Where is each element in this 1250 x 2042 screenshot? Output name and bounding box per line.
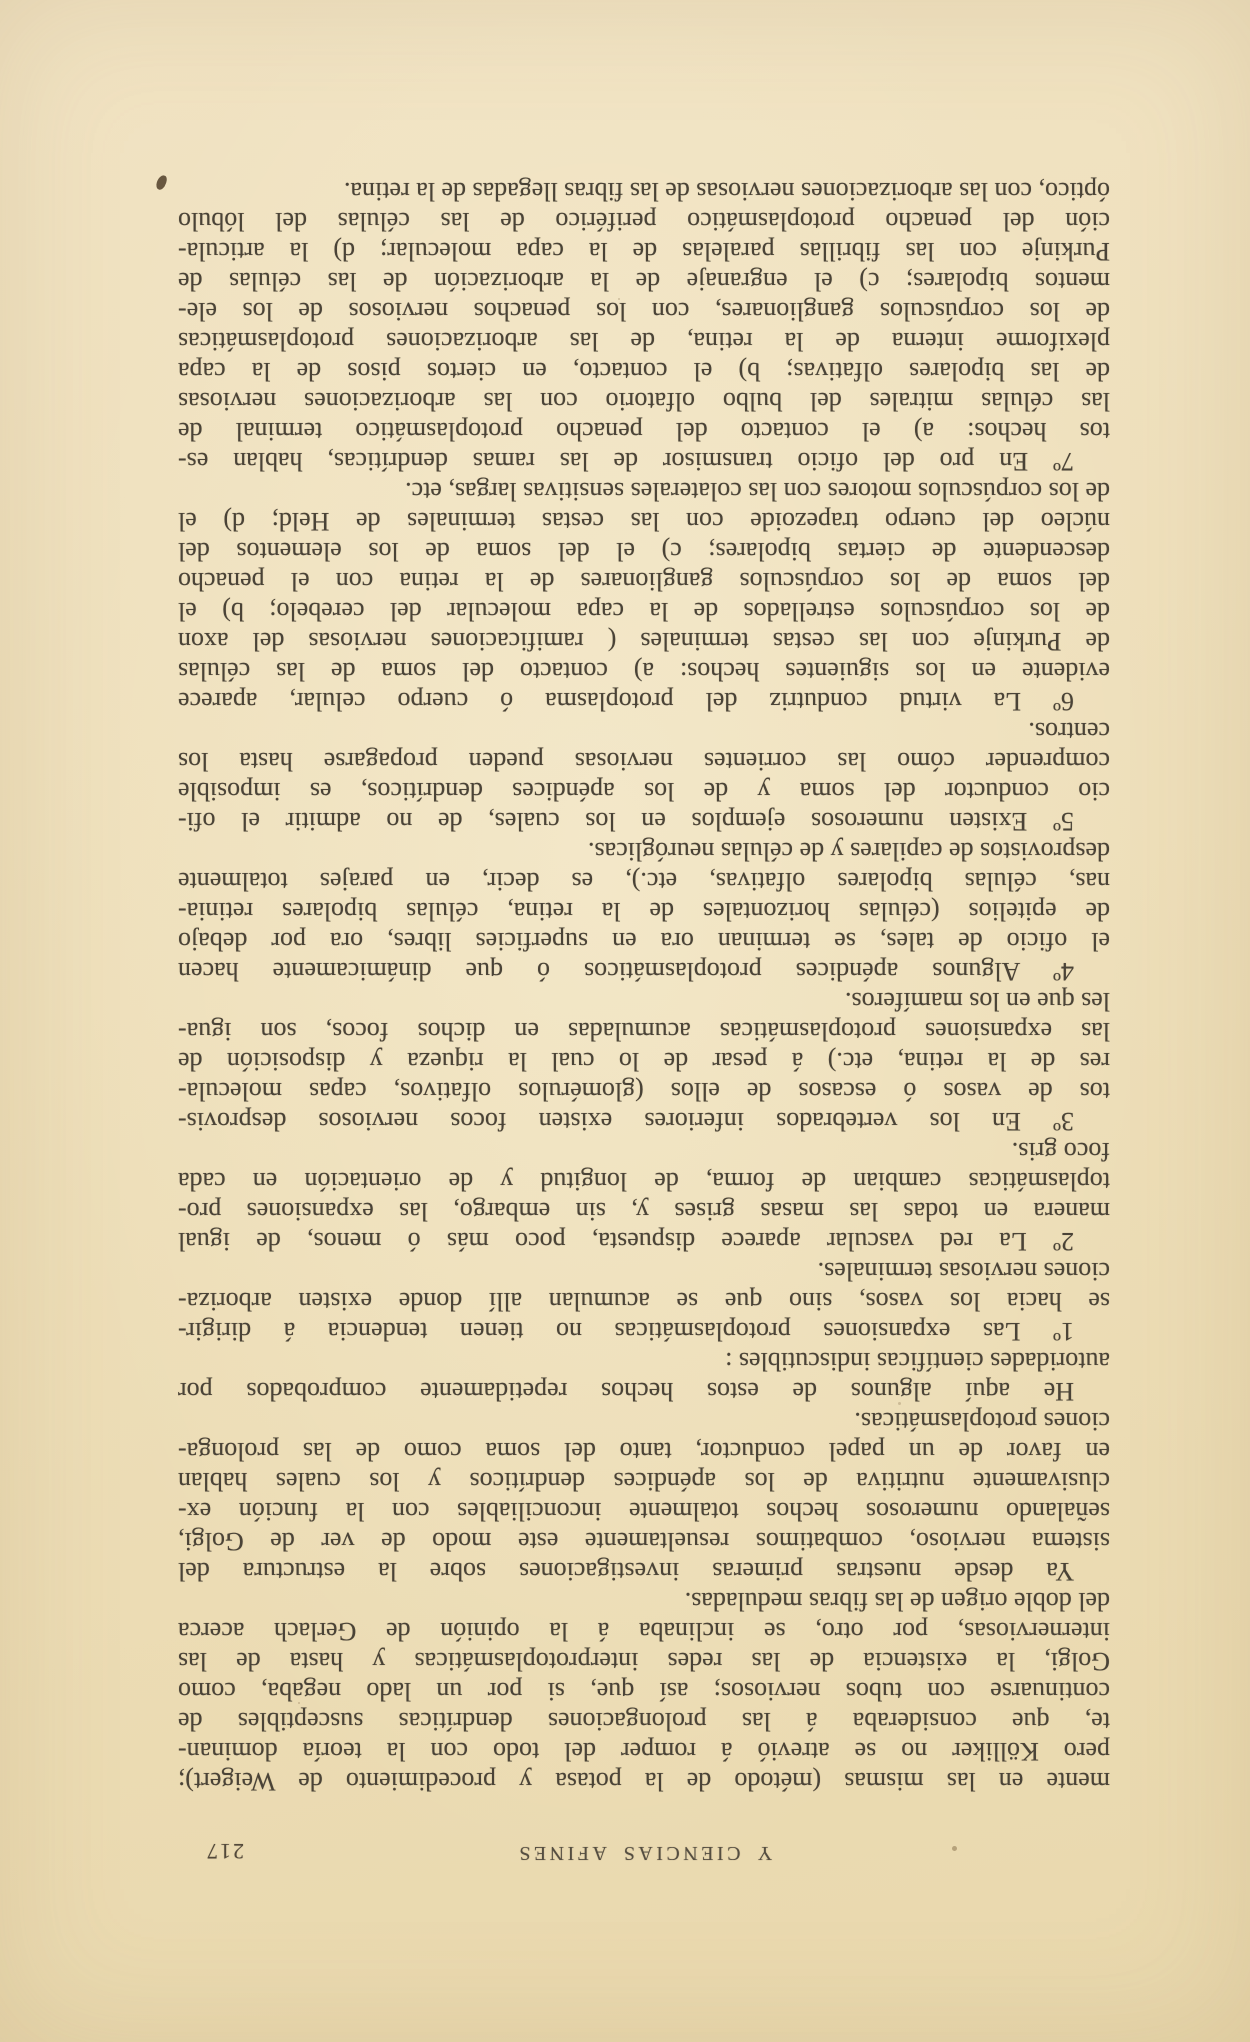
paper-speck [1052, 902, 1055, 905]
paragraph: 7º En pro del oficio transmisor de las r… [178, 176, 1110, 476]
text-line: sistema nervioso, combatimos resueltamen… [178, 1526, 1110, 1556]
text-line: centros. [178, 716, 1110, 746]
text-line: les que en los mamíferos. [178, 986, 1110, 1016]
text-line: Purkinje con las fibrillas paralelas de … [178, 236, 1110, 266]
text-line: de Purkinje con las cestas terminales ( … [178, 626, 1110, 656]
text-line: foco gris. [178, 1136, 1110, 1166]
paragraph: 4º Algunos apéndices protoplasmáticos ó … [178, 836, 1110, 986]
text-line: de los corpúsculos motores con las colat… [178, 476, 1110, 506]
text-line: en favor de un papel conductor, tanto de… [178, 1436, 1110, 1466]
text-line: plexiforme interna de la retina, de las … [178, 326, 1110, 356]
text-line: internerviosas, por otro, se inclinaba á… [178, 1616, 1110, 1646]
paragraph: 6º La virtud condutriz del protoplasma ó… [178, 476, 1110, 716]
text-line: ciones nerviosas terminales. [178, 1256, 1110, 1286]
text-line: manera en todas las masas grises y, sin … [178, 1196, 1110, 1226]
text-line: ción del penacho protoplasmático perifér… [178, 206, 1110, 236]
text-line: de las bipolares olfativas; b) el contac… [178, 356, 1110, 386]
paper-speck [298, 1702, 300, 1704]
text-line: cio conductor del soma y de los apéndice… [178, 776, 1110, 806]
paper-speck [188, 1208, 191, 1211]
text-line: comprender cómo las corrientes nerviosas… [178, 746, 1110, 776]
text-line: mentos bipolares; c) el engranaje de la … [178, 266, 1110, 296]
text-line: de los corpúsculos estrellados de la cap… [178, 596, 1110, 626]
text-line: del soma de los corpúsculos ganglionares… [178, 566, 1110, 596]
paper-speck [402, 612, 405, 615]
text-line: 2º La red vascular aparece dispuesta, po… [178, 1226, 1110, 1256]
text-line: mente en las mismas (método de la potasa… [178, 1766, 1110, 1796]
text-line: óptico, con las arborizaciones nerviosas… [178, 176, 1110, 206]
text-line: descendente de ciertas bipolares; c) el … [178, 536, 1110, 566]
text-line: autoridades científicas indiscutibles : [178, 1346, 1110, 1376]
paper-speck [898, 1402, 901, 1405]
text-line: tos de vasos ó escasos de ellos (gloméru… [178, 1076, 1110, 1106]
text-line: te, que consideraba á las prolongaciones… [178, 1706, 1110, 1736]
text-line: evidente en los siguientes hechos: a) co… [178, 656, 1110, 686]
paragraph: 1º Las expansiones protoplasmáticas no t… [178, 1256, 1110, 1346]
text-line: del doble origen de las fibras meduladas… [178, 1586, 1110, 1616]
text-line: Golgi, la existencia de las redes interp… [178, 1646, 1110, 1676]
running-title: Y CIENCIAS AFINES [178, 1841, 1110, 1864]
text-line: se hacia los vasos, sino que se acumulan… [178, 1286, 1110, 1316]
page-number: 217 [205, 1838, 244, 1864]
text-line: 1º Las expansiones protoplasmáticas no t… [178, 1316, 1110, 1346]
text-line: ciones protoplasmáticas. [178, 1406, 1110, 1436]
text-line: desprovistos de capilares y de células n… [178, 836, 1110, 866]
paragraph: 3º En los vertebrados inferiores existen… [178, 986, 1110, 1136]
text-line: nas, células bipolares olfativas, etc.),… [178, 866, 1110, 896]
paragraph: Ya desde nuestras primeras investigacion… [178, 1406, 1110, 1586]
text-line: clusivamente nutritiva de los apéndices … [178, 1466, 1110, 1496]
scanned-book-page: Y CIENCIAS AFINES 217 mente en las misma… [0, 0, 1250, 2042]
text-line: 5º Existen numerosos ejemplos en los cua… [178, 806, 1110, 836]
page-header: Y CIENCIAS AFINES 217 [178, 1838, 1110, 1864]
text-line: el oficio de tales, se terminan ora en s… [178, 926, 1110, 956]
text-line: res de la retina, etc.) á pesar de lo cu… [178, 1046, 1110, 1076]
text-line: las células mitrales del bulbo olfatorio… [178, 386, 1110, 416]
paragraph: He aquí algunos de estos hechos repetida… [178, 1346, 1110, 1406]
text-line: 4º Algunos apéndices protoplasmáticos ó … [178, 956, 1110, 986]
text-line: He aquí algunos de estos hechos repetida… [178, 1376, 1110, 1406]
text-line: 7º En pro del oficio transmisor de las r… [178, 446, 1110, 476]
text-line: de epitelios (células horizontales de la… [178, 896, 1110, 926]
paragraph: mente en las mismas (método de la potasa… [178, 1586, 1110, 1796]
paper-speck [618, 298, 620, 300]
text-line: toplasmáticas cambian de forma, de longi… [178, 1166, 1110, 1196]
paragraph: 2º La red vascular aparece dispuesta, po… [178, 1136, 1110, 1256]
text-line: continuarse con tubos nerviosos; así que… [178, 1676, 1110, 1706]
paragraph: 5º Existen numerosos ejemplos en los cua… [178, 716, 1110, 836]
body-text: mente en las mismas (método de la potasa… [178, 176, 1110, 1796]
text-line: núcleo del cuerpo trapezoide con las ces… [178, 506, 1110, 536]
text-line: las expansiones protoplasmáticas acumula… [178, 1016, 1110, 1046]
paper-speck [952, 1846, 957, 1851]
text-line: Ya desde nuestras primeras investigacion… [178, 1556, 1110, 1586]
text-line: de los corpúsculos ganglionares, con los… [178, 296, 1110, 326]
text-line: 6º La virtud condutriz del protoplasma ó… [178, 686, 1110, 716]
text-line: pero Kölliker no se atrevió á romper del… [178, 1736, 1110, 1766]
text-line: 3º En los vertebrados inferiores existen… [178, 1106, 1110, 1136]
rotated-page-content: Y CIENCIAS AFINES 217 mente en las misma… [0, 0, 1250, 2042]
text-line: tos hechos: a) el contacto del penacho p… [178, 416, 1110, 446]
text-line: señalando numerosos hechos totalmente in… [178, 1496, 1110, 1526]
